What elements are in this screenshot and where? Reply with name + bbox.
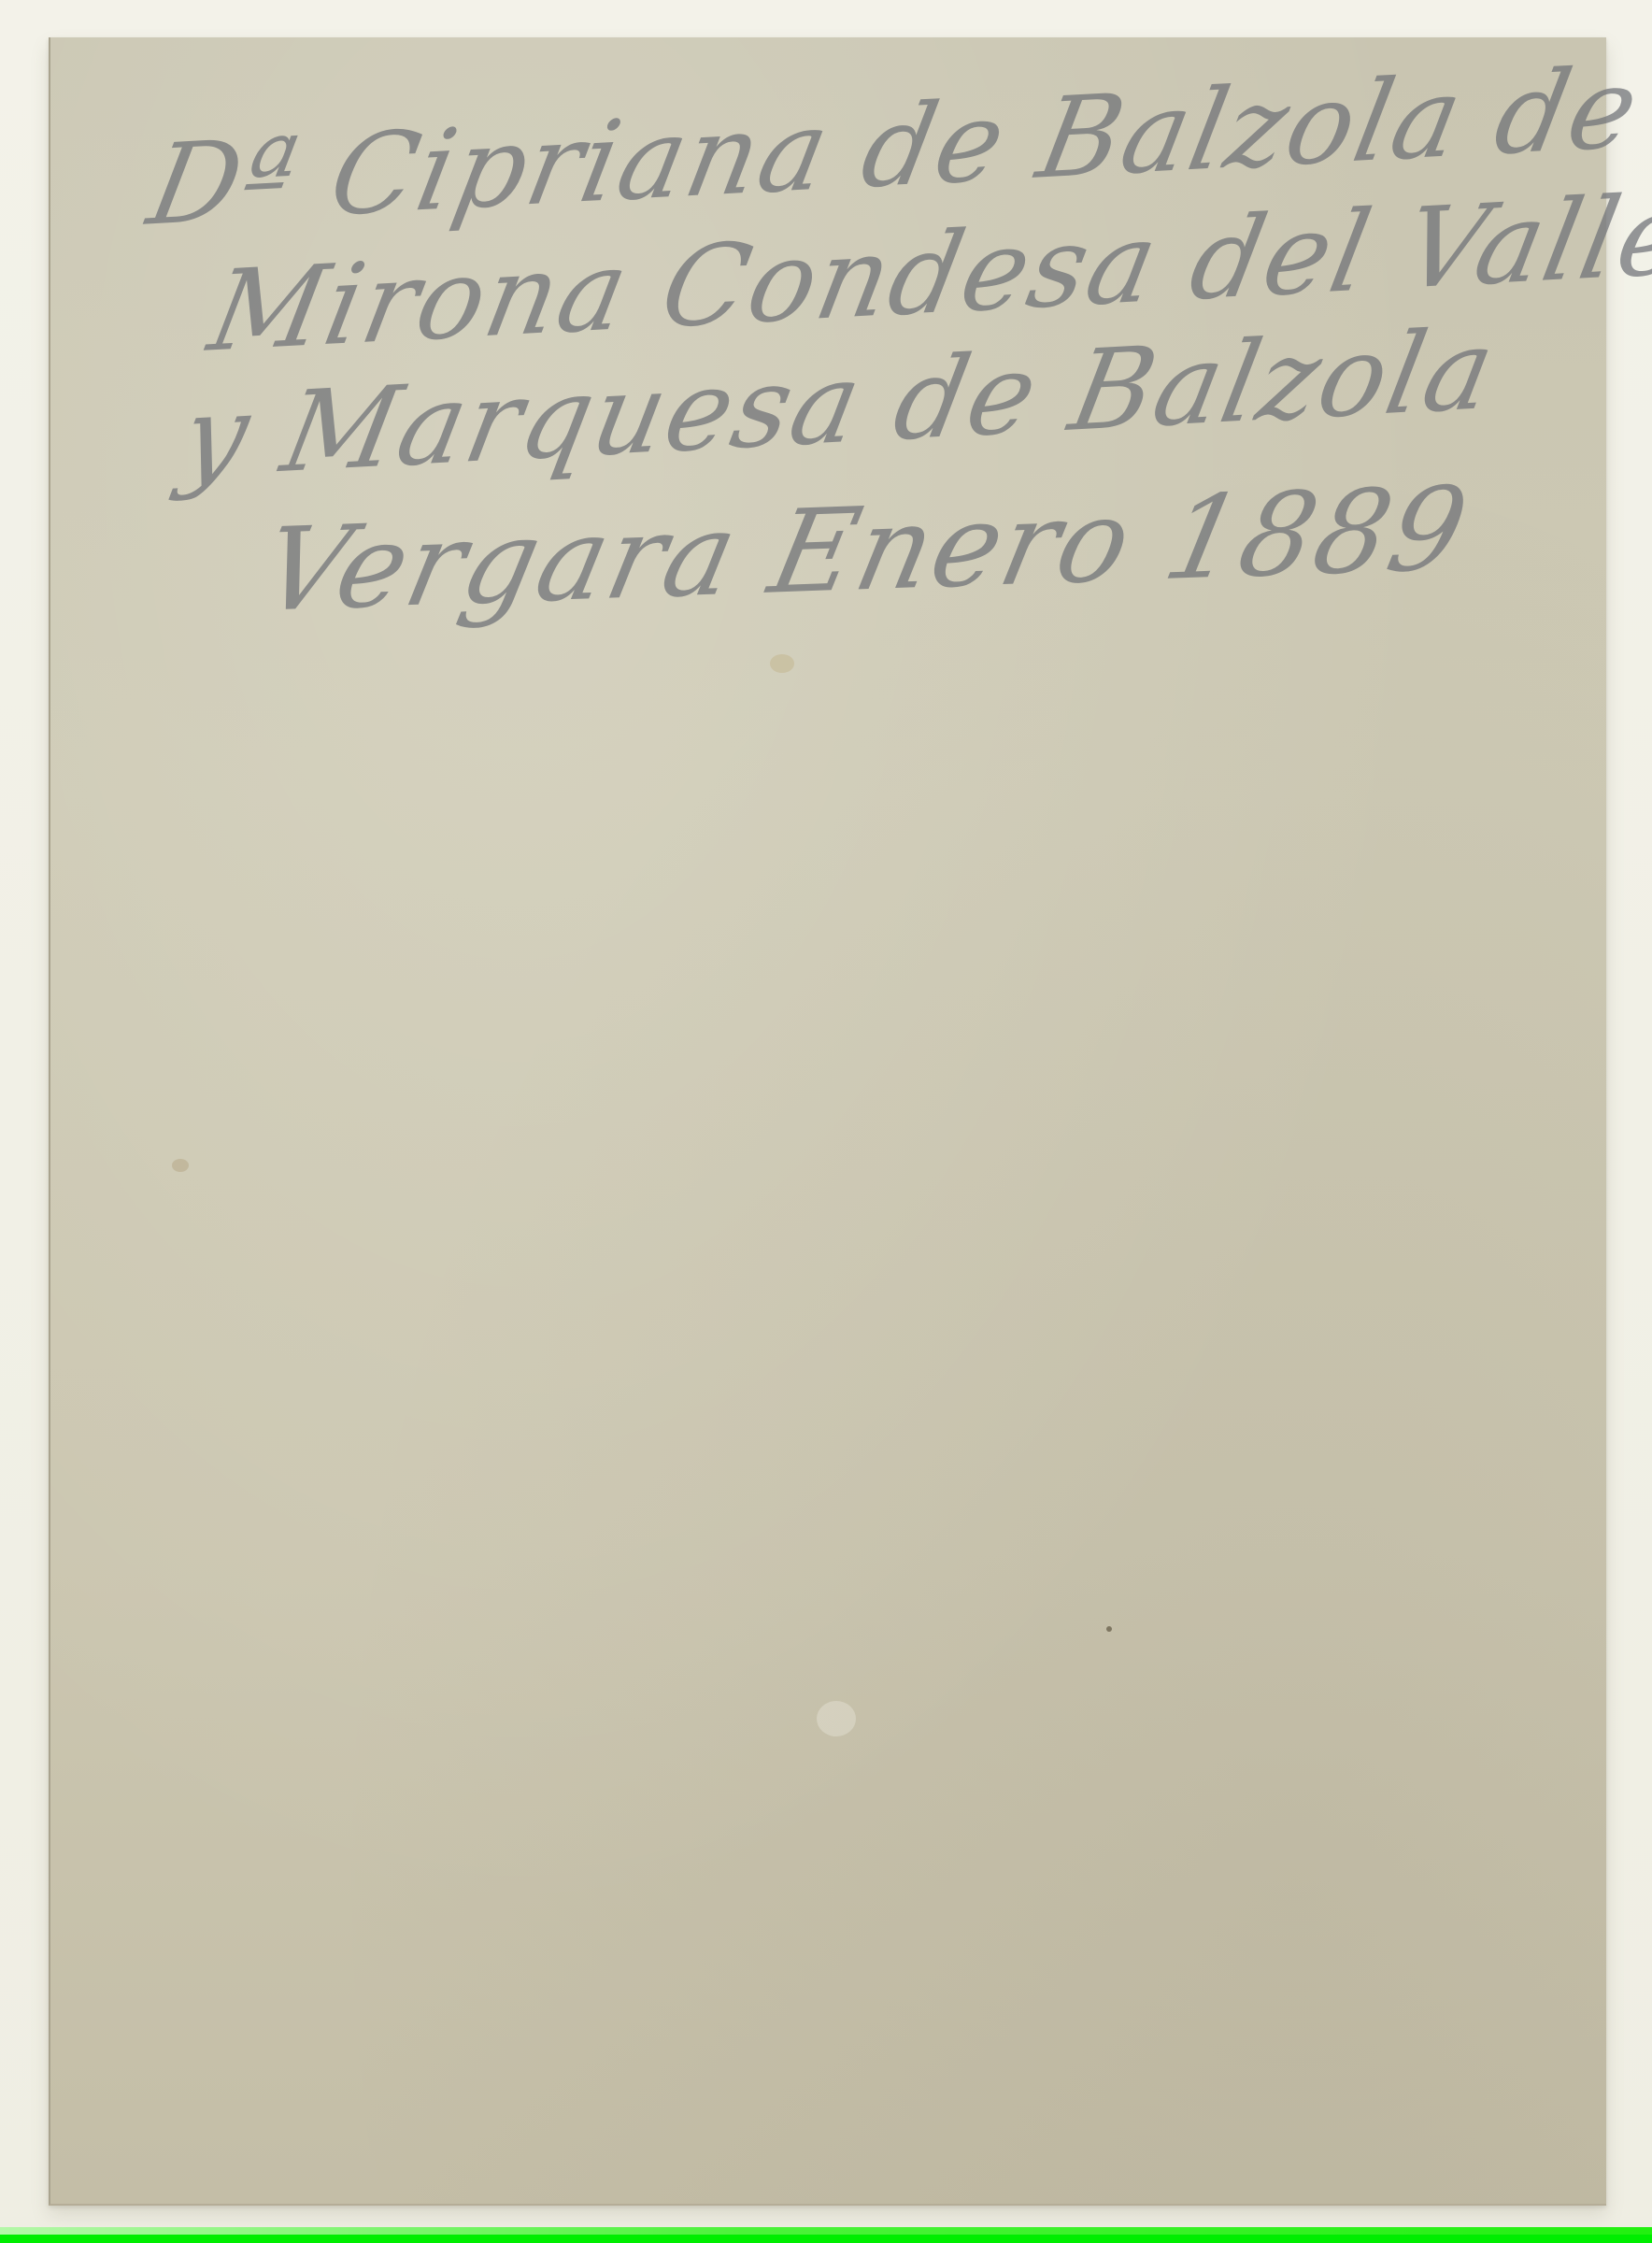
foxing-spot (1106, 1626, 1112, 1632)
photo-backdrop: Dª Cipriana de Balzola de Mirona Condesa… (0, 0, 1652, 2243)
foxing-spot (172, 1159, 189, 1172)
bottom-color-band (0, 2227, 1652, 2243)
card-back: Dª Cipriana de Balzola de Mirona Condesa… (49, 37, 1606, 2206)
bottom-band-highlight (0, 2227, 1652, 2235)
pencil-inscription: Dª Cipriana de Balzola de Mirona Condesa… (50, 37, 1606, 692)
foxing-spot (817, 1701, 856, 1736)
